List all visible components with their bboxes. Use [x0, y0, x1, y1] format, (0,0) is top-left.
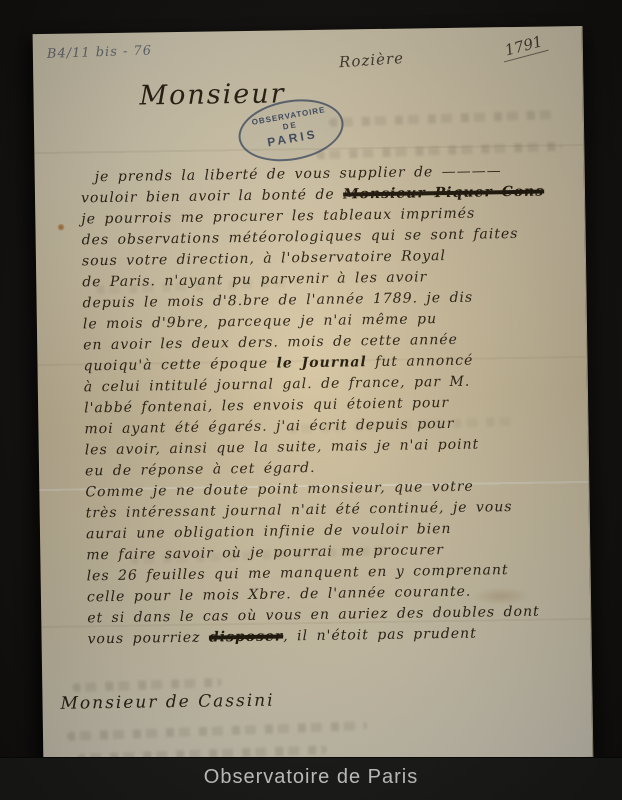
bleedthrough-writing — [329, 110, 557, 127]
caption-text: Observatoire de Paris — [0, 766, 622, 789]
paper-stain — [57, 224, 64, 231]
letter-body: je prends la liberté de vous supplier de… — [81, 160, 600, 651]
addressee-annotation: Rozière — [338, 49, 404, 71]
caption-bar: Observatoire de Paris — [0, 757, 622, 800]
bleedthrough-writing — [316, 142, 562, 160]
letter-closing: Monsieur de Cassini — [60, 691, 274, 714]
photo-frame: B4/11 bis - 76 Rozière 1791 Monsieur OBS… — [0, 0, 622, 800]
archive-reference: B4/11 bis - 76 — [47, 43, 153, 61]
bleedthrough-writing — [67, 721, 367, 741]
bleedthrough-writing — [72, 678, 222, 692]
letter-page: B4/11 bis - 76 Rozière 1791 Monsieur OBS… — [33, 26, 594, 767]
year-annotation: 1791 — [499, 31, 549, 62]
